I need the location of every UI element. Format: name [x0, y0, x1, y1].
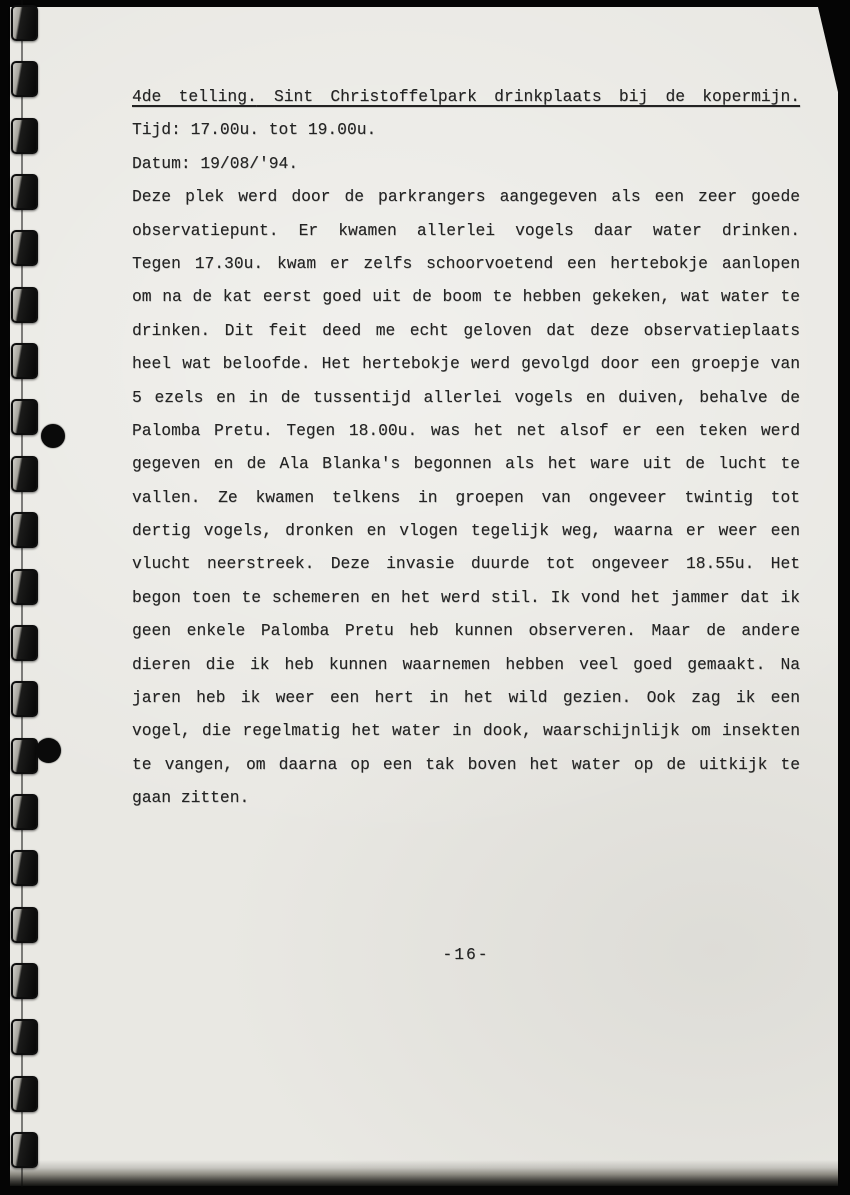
heading-count-label: 4de telling.: [132, 87, 257, 106]
body-line: te vangen, om daarna op een tak boven he…: [132, 748, 800, 781]
body-line: begon toen te schemeren en het werd stil…: [132, 581, 800, 614]
body-line: vlucht neerstreek. Deze invasie duurde t…: [132, 547, 800, 580]
page-number: -16-: [132, 938, 800, 971]
body-line: 5 ezels en in de tussentijd allerlei vog…: [132, 381, 800, 414]
punch-hole-bottom: [36, 738, 61, 763]
document-text: 4de telling. Sint Christoffelpark drinkp…: [132, 80, 800, 815]
body-line: dertig vogels, dronken en vlogen tegelij…: [132, 514, 800, 547]
body-line: vogel, die regelmatig het water in dook,…: [132, 714, 800, 747]
body-line: Deze plek werd door de parkrangers aange…: [132, 180, 800, 213]
body-line: gegeven en de Ala Blanka's begonnen als …: [132, 447, 800, 480]
document-heading: 4de telling. Sint Christoffelpark drinkp…: [132, 80, 800, 113]
body-line: Tegen 17.30u. kwam er zelfs schoorvoeten…: [132, 247, 800, 280]
body-line: gaan zitten.: [132, 781, 800, 814]
body-line: vallen. Ze kwamen telkens in groepen van…: [132, 481, 800, 514]
body-line: Palomba Pretu. Tegen 18.00u. was het net…: [132, 414, 800, 447]
body-line: om na de kat eerst goed uit de boom te h…: [132, 280, 800, 313]
body-line: heel wat beloofde. Het hertebokje werd g…: [132, 347, 800, 380]
page-bottom-shadow: [10, 1160, 838, 1186]
scan-background: 4de telling. Sint Christoffelpark drinkp…: [0, 0, 850, 1195]
body-line: observatiepunt. Er kwamen allerlei vogel…: [132, 214, 800, 247]
body-line: geen enkele Palomba Pretu heb kunnen obs…: [132, 614, 800, 647]
meta-date-line: Datum: 19/08/'94.: [132, 147, 800, 180]
punch-hole-top: [41, 424, 65, 448]
body-line: jaren heb ik weer een hert in het wild g…: [132, 681, 800, 714]
document-page: 4de telling. Sint Christoffelpark drinkp…: [10, 7, 838, 1186]
body-line: dieren die ik heb kunnen waarnemen hebbe…: [132, 648, 800, 681]
body-line: drinken. Dit feit deed me echt geloven d…: [132, 314, 800, 347]
heading-location-label: Sint Christoffelpark drinkplaats bij de …: [274, 87, 800, 106]
meta-time-line: Tijd: 17.00u. tot 19.00u.: [132, 113, 800, 146]
